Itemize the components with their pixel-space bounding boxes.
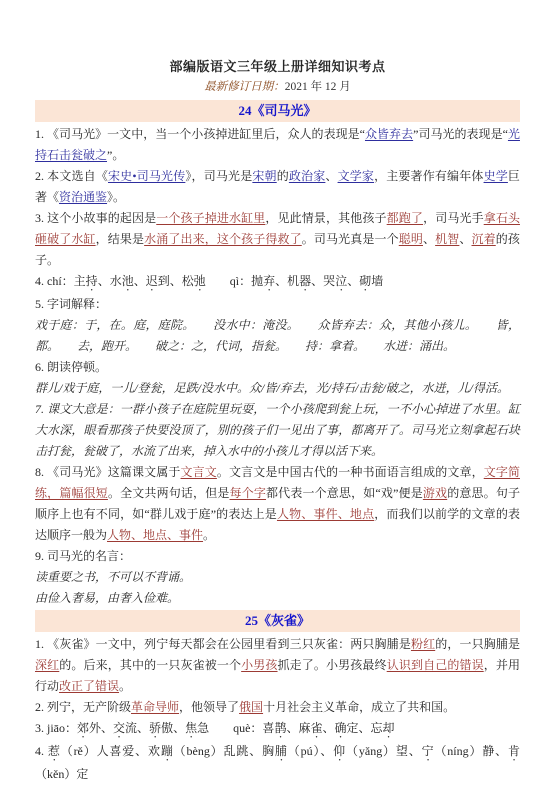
paragraph: 1. 《司马光》一文中，当一个小孩掉进缸里后，众人的表现是“众皆弃去”司马光的表… <box>35 124 520 166</box>
paragraph: 3. 这个小故事的起因是一个孩子掉进水缸里，见此情景，其他孩子都跑了，司马光手拿… <box>35 208 520 271</box>
text-run: （bèng）乱跳、胸 <box>174 744 275 758</box>
text-run: 9. 司马光的名言： <box>35 549 131 563</box>
text-run: 1. 《司马光》一文中，当一个小孩掉进缸里后，众人的表现是“ <box>35 127 365 141</box>
blue-underline-run: 资治通鉴 <box>59 190 107 204</box>
text-run: （yǎng）望、 <box>346 744 422 758</box>
text-run: 1. 《灰雀》一文中，列宁每天都会在公园里看到三只灰雀：两只胸脯是 <box>35 637 411 651</box>
emphasis-dot-char: 肯 <box>508 744 520 758</box>
text-run: 4. chí：主 <box>35 274 86 288</box>
text-run: 流、 <box>125 721 149 735</box>
blue-underline-run: 政治家 <box>289 169 326 183</box>
text-run: 5. 字词解释： <box>35 297 107 311</box>
emphasis-dot-char: 弛 <box>194 274 206 288</box>
text-run: 6. 朗读停顿。 <box>35 360 107 374</box>
doc-title: 部编版语文三年级上册详细知识考点 <box>35 58 520 75</box>
text-run: 8. 《司马光》这篇课文属于 <box>35 465 181 479</box>
text-run: 、 <box>322 721 334 735</box>
text-run: 。 <box>203 528 215 542</box>
emphasis-dot-char: 泣 <box>335 274 347 288</box>
text-run: ，见此情景，其他孩子 <box>265 211 386 225</box>
text-run: ，他领导了 <box>179 700 239 714</box>
text-run: 2. 本文选自《 <box>35 169 108 183</box>
text-run: 。全文共两句话，但是 <box>108 486 230 500</box>
text-run: 、 <box>423 232 435 246</box>
paragraph: 戏于庭：于，在。庭，庭院。 没水中：淹没。 众皆弃去：众，其他小孩儿。 皆，都。… <box>35 315 520 357</box>
red-underline-run: 聪明 <box>399 232 423 246</box>
red-underline-run: 都跑了 <box>387 211 423 225</box>
text-run: （kěn）定 <box>35 767 88 781</box>
text-run: 读重要之书，不可以不背诵。 <box>35 570 191 584</box>
text-run: （rě）人喜爱、欢 <box>61 744 161 758</box>
revision-date-label: 最新修订日期： <box>204 81 285 93</box>
text-run: 、 <box>347 274 359 288</box>
revision-date-value: 2021 年 12 月 <box>285 81 351 93</box>
paragraph: 5. 字词解释： <box>35 294 520 315</box>
emphasis-dot-char: 焦 <box>185 721 197 735</box>
paragraph: 4. 惹（rě）人喜爱、欢蹦（bèng）乱跳、胸脯（pú）、仰（yǎng）望、宁… <box>35 741 520 785</box>
paragraph: 9. 司马光的名言： <box>35 546 520 567</box>
paragraph: 4. chí：主持、水池、迟到、松弛 qì：抛弃、机器、哭泣、砌墙 <box>35 271 520 294</box>
emphasis-dot-char: 弃 <box>263 274 275 288</box>
emphasis-dot-char: 却 <box>383 721 395 735</box>
blue-underline-run: 宋朝 <box>252 169 276 183</box>
emphasis-dot-char: 宁 <box>422 744 435 758</box>
paragraph: 由俭入奢易，由奢入俭难。 <box>35 588 520 609</box>
red-underline-run: 水涌了出来，这个孩子得救了 <box>144 232 302 246</box>
red-underline-run: 一个孩子掉进水缸里 <box>156 211 265 225</box>
red-underline-run: 俄国 <box>239 700 263 714</box>
text-run: （níng）静、 <box>434 744 508 758</box>
text-run: 都代表一个意思，如“戏”便是 <box>266 486 423 500</box>
text-run: 、 <box>325 169 337 183</box>
paragraph: 3. jiāo：郊外、交流、骄傲、焦急 què：喜鹊、麻雀、确定、忘却 <box>35 718 520 741</box>
paragraph: 1. 《灰雀》一文中，列宁每天都会在公园里看到三只灰雀：两只胸脯是粉红的，一只胸… <box>35 634 520 697</box>
doc-subtitle: 最新修订日期：2021 年 12 月 <box>35 80 520 95</box>
paragraph: 读重要之书，不可以不背诵。 <box>35 567 520 588</box>
text-run: 外、 <box>89 721 113 735</box>
red-underline-run: 游戏 <box>423 486 447 500</box>
text-run: 的 <box>277 169 289 183</box>
text-run: 、哭 <box>311 274 335 288</box>
text-run: 7. 课文大意是：一群小孩子在庭院里玩耍，一个小孩爬到瓮上玩，一不小心掉进了水里… <box>35 402 520 458</box>
emphasis-dot-char: 器 <box>299 274 311 288</box>
text-run: 、麻 <box>286 721 310 735</box>
text-run: 。文言文是中国古代的一种书面语言组成的文章， <box>217 465 484 479</box>
emphasis-dot-char: 池 <box>122 274 134 288</box>
text-run: ”司马光的表现是“ <box>413 127 508 141</box>
section-header: 24《司马光》 <box>35 100 520 122</box>
emphasis-dot-char: 雀 <box>310 721 322 735</box>
text-run: ，司马光手 <box>423 211 484 225</box>
text-run: 的。后来，其中的一只灰雀被一个 <box>59 658 241 672</box>
red-underline-run: 认识到自己的错误 <box>387 658 484 672</box>
emphasis-dot-char: 迟 <box>146 274 158 288</box>
red-underline-run: 粉红 <box>411 637 435 651</box>
red-underline-run: 人物、地点、事件 <box>107 528 203 542</box>
text-run: 抓走了。小男孩最终 <box>278 658 387 672</box>
emphasis-dot-char: 鹊 <box>274 721 286 735</box>
text-run: 3. jiāo： <box>35 721 77 735</box>
text-run: ，主要著作有编年体 <box>374 169 484 183</box>
text-run: 。 <box>119 679 131 693</box>
emphasis-dot-char: 交 <box>113 721 125 735</box>
text-run: 、 <box>459 232 471 246</box>
emphasis-dot-char: 砌 <box>359 274 371 288</box>
text-run: 》。 <box>107 190 125 204</box>
section-header: 25《灰雀》 <box>35 610 520 632</box>
red-underline-run: 小男孩 <box>241 658 277 672</box>
paragraph: 6. 朗读停顿。 <box>35 357 520 378</box>
paragraph: 群儿/戏于庭，一儿/登瓮，足跌/没水中。众/皆/弃去，光/持石/击瓮/破之，水迸… <box>35 378 520 399</box>
emphasis-dot-char: 郊 <box>77 721 89 735</box>
sections-container: 24《司马光》1. 《司马光》一文中，当一个小孩掉进缸里后，众人的表现是“众皆弃… <box>35 100 520 785</box>
text-run: 。司马光真是一个 <box>302 232 399 246</box>
emphasis-dot-char: 仰 <box>333 744 346 758</box>
emphasis-dot-char: 蹦 <box>161 744 174 758</box>
text-run: qì：抛 <box>206 274 263 288</box>
blue-underline-run: 史学 <box>484 169 508 183</box>
text-run: 、机 <box>275 274 299 288</box>
text-run: 》，司马光是 <box>185 169 252 183</box>
emphasis-dot-char: 持 <box>86 274 98 288</box>
text-run: 的，一只胸脯是 <box>435 637 520 651</box>
red-underline-run: 改正了错误 <box>59 679 119 693</box>
blue-underline-run: 文学家 <box>338 169 375 183</box>
paragraph: 8. 《司马光》这篇课文属于文言文。文言文是中国古代的一种书面语言组成的文章，文… <box>35 462 520 546</box>
text-run: 4. <box>35 744 48 758</box>
text-run: 傲、 <box>161 721 185 735</box>
red-underline-run: 文言文 <box>181 465 217 479</box>
text-run: 墙 <box>371 274 383 288</box>
document-page: 部编版语文三年级上册详细知识考点 最新修订日期：2021 年 12 月 24《司… <box>0 0 555 785</box>
blue-underline-run: 众皆弃去 <box>365 127 413 141</box>
text-run: 戏于庭：于，在。庭，庭院。 没水中：淹没。 众皆弃去：众，其他小孩儿。 皆，都。… <box>35 318 520 353</box>
paragraph: 2. 本文选自《宋史•司马光传》，司马光是宋朝的政治家、文学家，主要著作有编年体… <box>35 166 520 208</box>
red-underline-run: 革命导师 <box>131 700 179 714</box>
text-run: 、 <box>134 274 146 288</box>
text-run: （pú）、 <box>288 744 333 758</box>
text-run: 十月社会主义革命，成立了共和国。 <box>263 700 455 714</box>
emphasis-dot-char: 确 <box>335 721 347 735</box>
red-underline-run: 每个字 <box>230 486 266 500</box>
text-run: 急 què：喜 <box>197 721 274 735</box>
paragraph: 2. 列宁，无产阶级革命导师，他领导了俄国十月社会主义革命，成立了共和国。 <box>35 697 520 718</box>
emphasis-dot-char: 惹 <box>48 744 61 758</box>
red-underline-run: 人物、事件、地点 <box>277 507 374 521</box>
text-run: 、水 <box>98 274 122 288</box>
text-run: 2. 列宁，无产阶级 <box>35 700 131 714</box>
red-underline-run: 沉着 <box>472 232 496 246</box>
red-underline-run: 机智 <box>435 232 459 246</box>
emphasis-dot-char: 骄 <box>149 721 161 735</box>
text-run: ，结果是 <box>96 232 145 246</box>
text-run: 到、松 <box>158 274 194 288</box>
emphasis-dot-char: 脯 <box>275 744 288 758</box>
blue-underline-run: 宋史•司马光传 <box>108 169 185 183</box>
text-run: 定、忘 <box>347 721 383 735</box>
paragraph: 7. 课文大意是：一群小孩子在庭院里玩耍，一个小孩爬到瓮上玩，一不小心掉进了水里… <box>35 399 520 462</box>
text-run: 由俭入奢易，由奢入俭难。 <box>35 591 179 605</box>
text-run: 3. 这个小故事的起因是 <box>35 211 156 225</box>
text-run: 群儿/戏于庭，一儿/登瓮，足跌/没水中。众/皆/弃去，光/持石/击瓮/破之，水迸… <box>35 381 509 395</box>
text-run: ”。 <box>107 148 124 162</box>
red-underline-run: 深红 <box>35 658 59 672</box>
